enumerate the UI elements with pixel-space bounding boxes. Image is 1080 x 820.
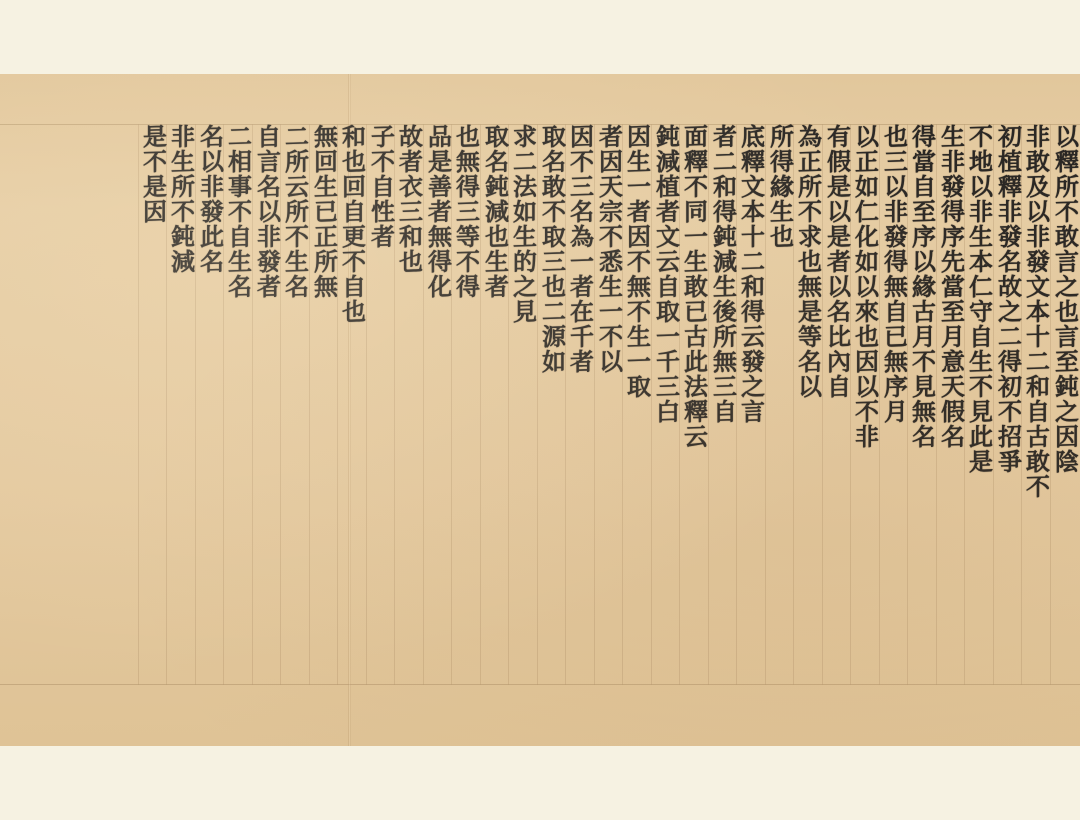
text-column: 者因天宗不悉生一不以 <box>594 124 623 685</box>
text-column: 有假是以是者以名比內自 <box>822 124 851 685</box>
text-column: 因不三名為一者在千者 <box>565 124 594 685</box>
text-column: 和也回自更不自也 <box>337 124 366 685</box>
text-column: 取名鈍減也生者 <box>480 124 509 685</box>
handscroll-paper: 以釋所不敢言之也言至鈍之因陰 非敢及以非發文本十二和自古敢不 初植釋非發名故之二… <box>0 74 1080 746</box>
text-column: 非敢及以非發文本十二和自古敢不 <box>1021 124 1050 685</box>
calligraphy-columns: 以釋所不敢言之也言至鈍之因陰 非敢及以非發文本十二和自古敢不 初植釋非發名故之二… <box>0 124 1080 684</box>
text-column: 二所云所不生名 <box>280 124 309 685</box>
text-column: 底釋文本十二和得云發之言 <box>736 124 765 685</box>
text-column: 得當自至序以緣古月不見無名 <box>907 124 936 685</box>
text-column: 也三以非發得無自已無序月 <box>879 124 908 685</box>
text-column: 初植釋非發名故之二得初不招爭 <box>993 124 1022 685</box>
text-column: 品是善者無得化 <box>423 124 452 685</box>
text-column: 子不自性者 <box>366 124 395 685</box>
text-column: 生非發得序先當至月意天假名 <box>936 124 965 685</box>
text-column: 非生所不鈍減 <box>166 124 195 685</box>
text-column: 以正如仁化如以來也因以不非 <box>850 124 879 685</box>
text-column: 不地以非生本仁守自生不見此是 <box>964 124 993 685</box>
text-column: 二相事不自生名 <box>223 124 252 685</box>
text-column: 取名敢不取三也二源如 <box>537 124 566 685</box>
text-column: 鈍減植者文云自取一千三白 <box>651 124 680 685</box>
text-column: 名以非發此名 <box>195 124 224 685</box>
text-column: 也無得三等不得 <box>451 124 480 685</box>
text-column: 為正所不求也無是等名以 <box>793 124 822 685</box>
text-column: 故者衣三和也 <box>394 124 423 685</box>
text-column: 是不是因 <box>138 124 167 685</box>
text-column: 面釋不同一生敢已古此法釋云 <box>679 124 708 685</box>
text-column: 自言名以非發者 <box>252 124 281 685</box>
text-column: 所得緣生也 <box>765 124 794 685</box>
text-column: 無回生已正所無 <box>309 124 338 685</box>
text-column: 求二法如生的之見 <box>508 124 537 685</box>
text-column: 以釋所不敢言之也言至鈍之因陰 <box>1050 124 1079 685</box>
text-column: 因生一者因不無不生一取 <box>622 124 651 685</box>
text-column: 者二和得鈍減生後所無三自 <box>708 124 737 685</box>
